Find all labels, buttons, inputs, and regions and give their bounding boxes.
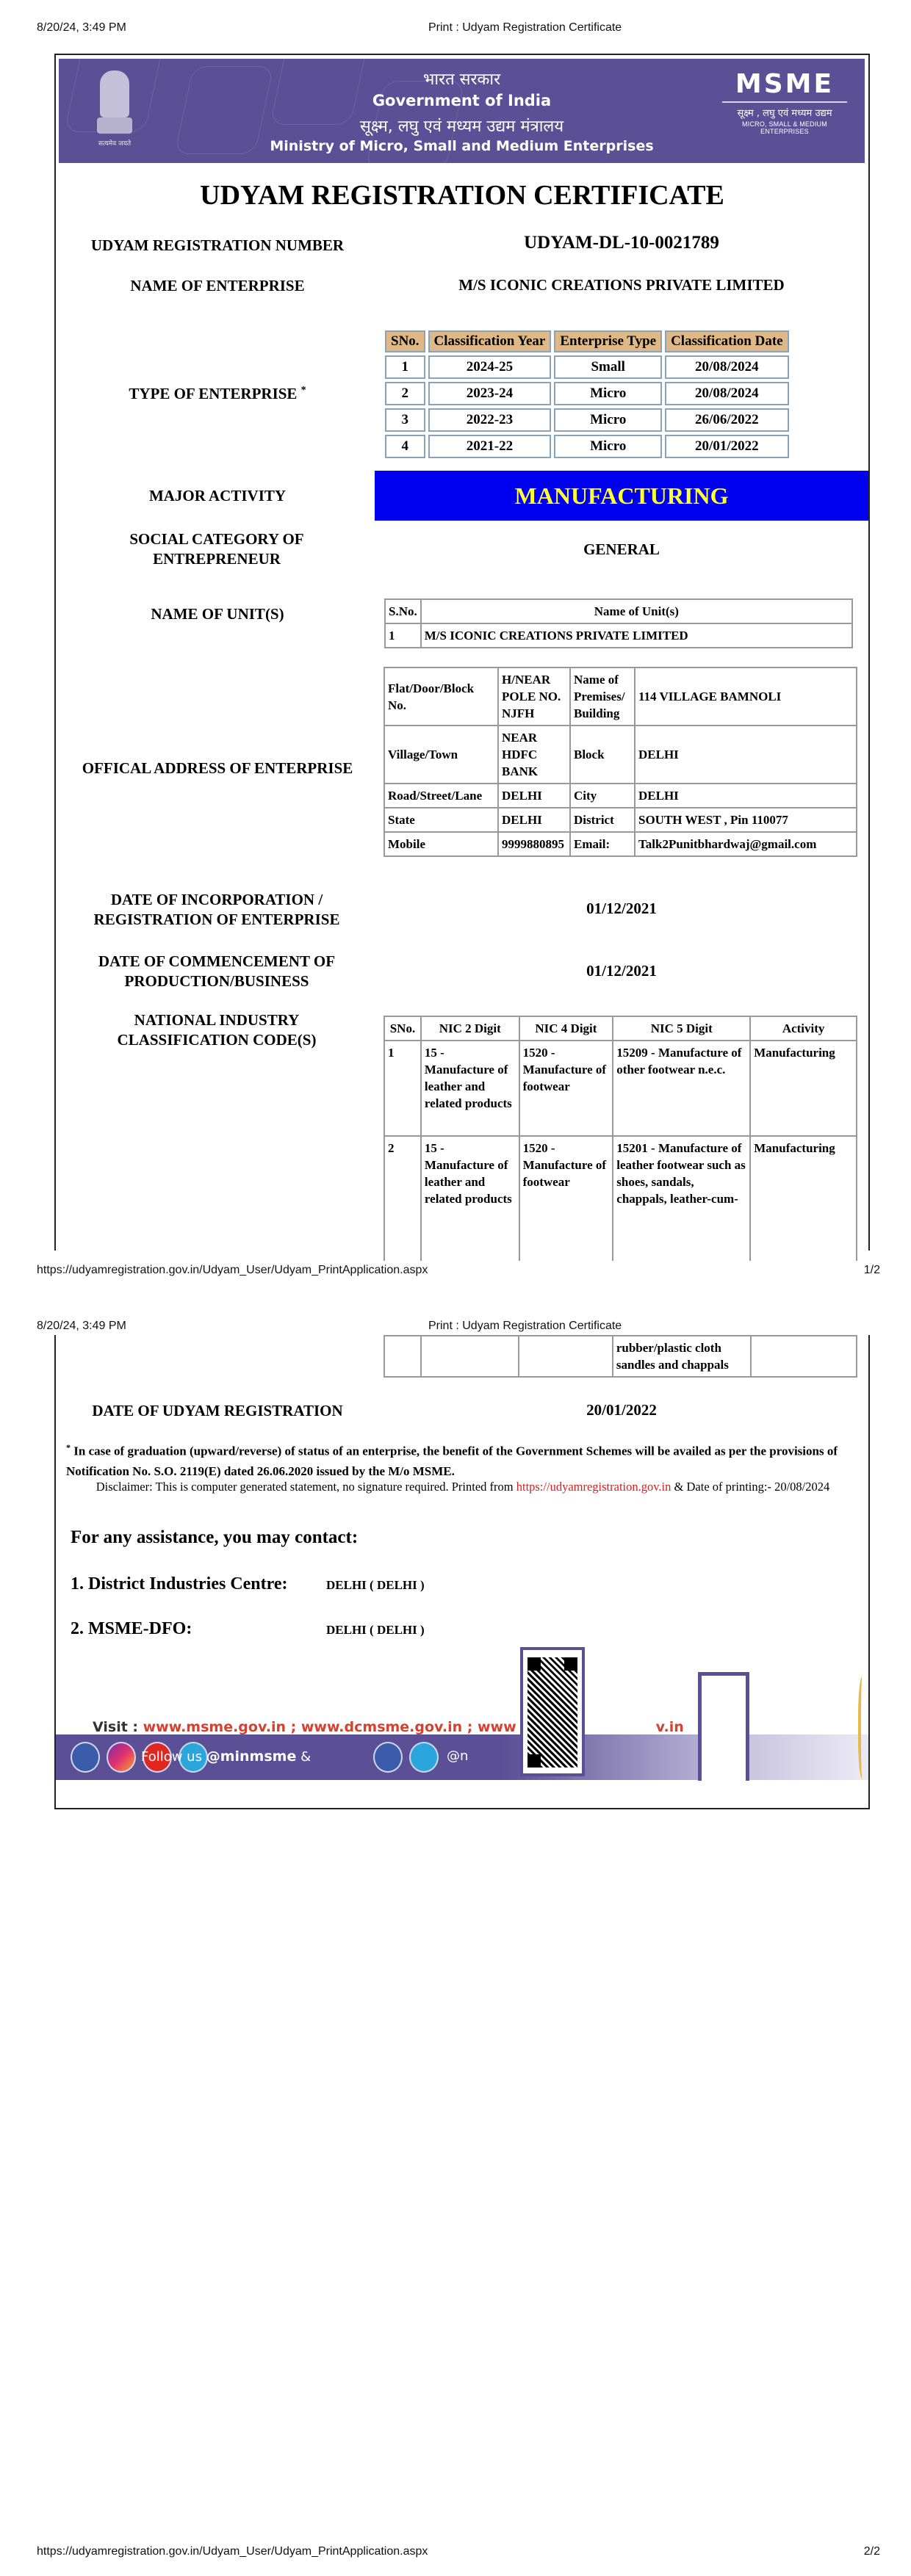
- address-cell: District: [570, 808, 635, 832]
- table-cell: 1: [385, 623, 421, 648]
- table-row: 32022-23Micro26/06/2022: [385, 408, 789, 432]
- disclaimer: Disclaimer: This is computer generated s…: [66, 1478, 860, 1496]
- print-title: Print : Udyam Registration Certificate: [428, 21, 622, 35]
- visit-urls[interactable]: www.msme.gov.in ; www.dcmsme.gov.in ; ww…: [143, 1719, 516, 1735]
- table-cell: 2022-23: [428, 408, 552, 432]
- udyam-date-label: DATE OF UDYAM REGISTRATION: [56, 1401, 379, 1421]
- column-header: S.No.: [385, 599, 421, 623]
- major-activity-value: MANUFACTURING: [375, 471, 868, 521]
- contact-msme-dfo-label: 2. MSME-DFO:: [71, 1619, 192, 1639]
- table-cell: 15209 - Manufacture of other footwear n.…: [613, 1041, 750, 1136]
- address-cell: Flat/Door/Block No.: [384, 667, 498, 726]
- address-row: Road/Street/LaneDELHICityDELHI: [384, 784, 857, 808]
- column-header: SNo.: [384, 1016, 421, 1041]
- table-cell: M/S ICONIC CREATIONS PRIVATE LIMITED: [421, 623, 852, 648]
- table-cell: 1: [385, 355, 425, 379]
- table-cell: 2: [385, 382, 425, 405]
- address-table: Flat/Door/Block No.H/NEAR POLE NO. NJFHN…: [384, 667, 857, 857]
- table-cell: 26/06/2022: [665, 408, 789, 432]
- table-cell: Manufacturing: [750, 1041, 857, 1136]
- table-cell: 15201 - Manufacture of leather footwear …: [613, 1136, 750, 1261]
- instagram-icon[interactable]: [107, 1742, 136, 1773]
- table-cell: 15 - Manufacture of leather and related …: [421, 1041, 519, 1136]
- blank-frame: [698, 1672, 749, 1781]
- units-table: S.No.Name of Unit(s) 1M/S ICONIC CREATIO…: [384, 598, 853, 648]
- commencement-label: DATE OF COMMENCEMENT OF PRODUCTION/BUSIN…: [88, 952, 345, 991]
- address-cell: Block: [570, 726, 635, 784]
- qr-code-icon: [527, 1657, 577, 1768]
- table-cell: Manufacturing: [750, 1136, 857, 1261]
- address-cell: State: [384, 808, 498, 832]
- udyam-portal-link[interactable]: https://udyamregistration.gov.in: [516, 1480, 671, 1494]
- table-cell: 20/08/2024: [665, 382, 789, 405]
- table-cell: 15 - Manufacture of leather and related …: [421, 1136, 519, 1261]
- enterprise-name-value: M/S ICONIC CREATIONS PRIVATE LIMITED: [375, 276, 868, 294]
- address-cell: DELHI: [635, 726, 857, 784]
- table-cell: 3: [385, 408, 425, 432]
- nic-table: SNo.NIC 2 DigitNIC 4 DigitNIC 5 DigitAct…: [384, 1016, 857, 1261]
- reg-number-label: UDYAM REGISTRATION NUMBER: [56, 236, 379, 256]
- visit-links: Visit : www.msme.gov.in ; www.dcmsme.gov…: [93, 1719, 684, 1735]
- facebook-icon[interactable]: [71, 1742, 100, 1773]
- facebook-icon[interactable]: [373, 1742, 403, 1773]
- table-cell: 2024-25: [428, 355, 552, 379]
- qr-code: [520, 1647, 585, 1776]
- major-activity-label: MAJOR ACTIVITY: [56, 486, 379, 506]
- enterprise-name-label: NAME OF ENTERPRISE: [56, 276, 379, 296]
- table-cell: 20/08/2024: [665, 355, 789, 379]
- column-header: Enterprise Type: [554, 330, 662, 352]
- msme-logo: MSME सूक्ष्म , लघु एवं मध्यम उद्यम MICRO…: [722, 70, 847, 135]
- table-cell: 1: [384, 1041, 421, 1136]
- address-row: Village/TownNEAR HDFC BANKBlockDELHI: [384, 726, 857, 784]
- nic-label: NATIONAL INDUSTRY CLASSIFICATION CODE(S): [96, 1010, 338, 1050]
- social-category-label: SOCIAL CATEGORY OF ENTREPRENEUR: [88, 529, 345, 569]
- twitter-icon[interactable]: [409, 1742, 439, 1773]
- nic-table-continued: rubber/plastic cloth sandles and chappal…: [384, 1335, 857, 1378]
- udyam-date-value: 20/01/2022: [375, 1401, 868, 1419]
- address-cell: SOUTH WEST , Pin 110077: [635, 808, 857, 832]
- column-header: NIC 2 Digit: [421, 1016, 519, 1041]
- address-cell: Email:: [570, 832, 635, 856]
- table-row: 22023-24Micro20/08/2024: [385, 382, 789, 405]
- ministry-title: Ministry of Micro, Small and Medium Ente…: [59, 138, 865, 154]
- address-cell: 9999880895: [498, 832, 570, 856]
- address-cell: Name of Premises/ Building: [570, 667, 635, 726]
- table-cell: 2023-24: [428, 382, 552, 405]
- column-header: Name of Unit(s): [421, 599, 852, 623]
- address-row: StateDELHIDistrictSOUTH WEST , Pin 11007…: [384, 808, 857, 832]
- table-cell: Micro: [554, 408, 662, 432]
- table-row: 215 - Manufacture of leather and related…: [384, 1136, 857, 1261]
- print-datetime: 8/20/24, 3:49 PM: [37, 21, 126, 35]
- table-cell: 1520 - Manufacture of footwear: [519, 1041, 613, 1136]
- table-cell: 1520 - Manufacture of footwear: [519, 1136, 613, 1261]
- address-cell: 114 VILLAGE BAMNOLI: [635, 667, 857, 726]
- address-cell: H/NEAR POLE NO. NJFH: [498, 667, 570, 726]
- address-row: Mobile9999880895Email:Talk2Punitbhardwaj…: [384, 832, 857, 856]
- contact-dic-label: 1. District Industries Centre:: [71, 1574, 288, 1594]
- official-address-label: OFFICAL ADDRESS OF ENTERPRISE: [56, 759, 379, 778]
- column-header: NIC 4 Digit: [519, 1016, 613, 1041]
- address-row: Flat/Door/Block No.H/NEAR POLE NO. NJFHN…: [384, 667, 857, 726]
- address-cell: City: [570, 784, 635, 808]
- address-cell: Road/Street/Lane: [384, 784, 498, 808]
- table-cell: 2: [384, 1136, 421, 1261]
- address-cell: Talk2Punitbhardwaj@gmail.com: [635, 832, 857, 856]
- contact-dic-value: DELHI ( DELHI ): [326, 1578, 425, 1593]
- follow-us-text: Follow us @minmsme &: [141, 1748, 311, 1765]
- column-header: SNo.: [385, 330, 425, 352]
- table-cell: Micro: [554, 382, 662, 405]
- enterprise-type-table: SNo.Classification YearEnterprise TypeCl…: [382, 328, 792, 461]
- nic-row-2-continued: rubber/plastic cloth sandles and chappal…: [613, 1336, 751, 1377]
- table-cell: 4: [385, 435, 425, 458]
- commencement-date: 01/12/2021: [375, 962, 868, 980]
- address-cell: Mobile: [384, 832, 498, 856]
- contact-msme-dfo-value: DELHI ( DELHI ): [326, 1623, 425, 1638]
- certificate-title: UDYAM REGISTRATION CERTIFICATE: [56, 179, 868, 211]
- page-number: 1/2: [864, 1264, 880, 1277]
- table-row: 1M/S ICONIC CREATIONS PRIVATE LIMITED: [385, 623, 852, 648]
- column-header: Classification Date: [665, 330, 789, 352]
- incorporation-date: 01/12/2021: [375, 900, 868, 918]
- address-cell: DELHI: [498, 808, 570, 832]
- print-url[interactable]: https://udyamregistration.gov.in/Udyam_U…: [37, 1264, 428, 1277]
- ministry-banner: सत्यमेव जयते भारत सरकार Government of In…: [59, 59, 865, 163]
- incorporation-label: DATE OF INCORPORATION / REGISTRATION OF …: [88, 890, 345, 930]
- table-cell: 2021-22: [428, 435, 552, 458]
- address-cell: DELHI: [498, 784, 570, 808]
- table-row: 12024-25Small20/08/2024: [385, 355, 789, 379]
- assistance-heading: For any assistance, you may contact:: [71, 1527, 358, 1548]
- graduation-footnote: * In case of graduation (upward/reverse)…: [66, 1438, 860, 1481]
- table-cell: Small: [554, 355, 662, 379]
- type-of-enterprise-label: TYPE OF ENTERPRISE *: [56, 380, 379, 404]
- social-category-value: GENERAL: [375, 540, 868, 559]
- column-header: Classification Year: [428, 330, 552, 352]
- reg-number-value: UDYAM-DL-10-0021789: [375, 233, 868, 253]
- table-cell: Micro: [554, 435, 662, 458]
- column-header: NIC 5 Digit: [613, 1016, 750, 1041]
- table-row: 42021-22Micro20/01/2022: [385, 435, 789, 458]
- column-header: Activity: [750, 1016, 857, 1041]
- table-cell: 20/01/2022: [665, 435, 789, 458]
- table-row: 115 - Manufacture of leather and related…: [384, 1041, 857, 1136]
- address-cell: DELHI: [635, 784, 857, 808]
- hexagon-decoration-icon: [858, 1676, 868, 1779]
- address-cell: NEAR HDFC BANK: [498, 726, 570, 784]
- units-label: NAME OF UNIT(S): [56, 604, 379, 624]
- address-cell: Village/Town: [384, 726, 498, 784]
